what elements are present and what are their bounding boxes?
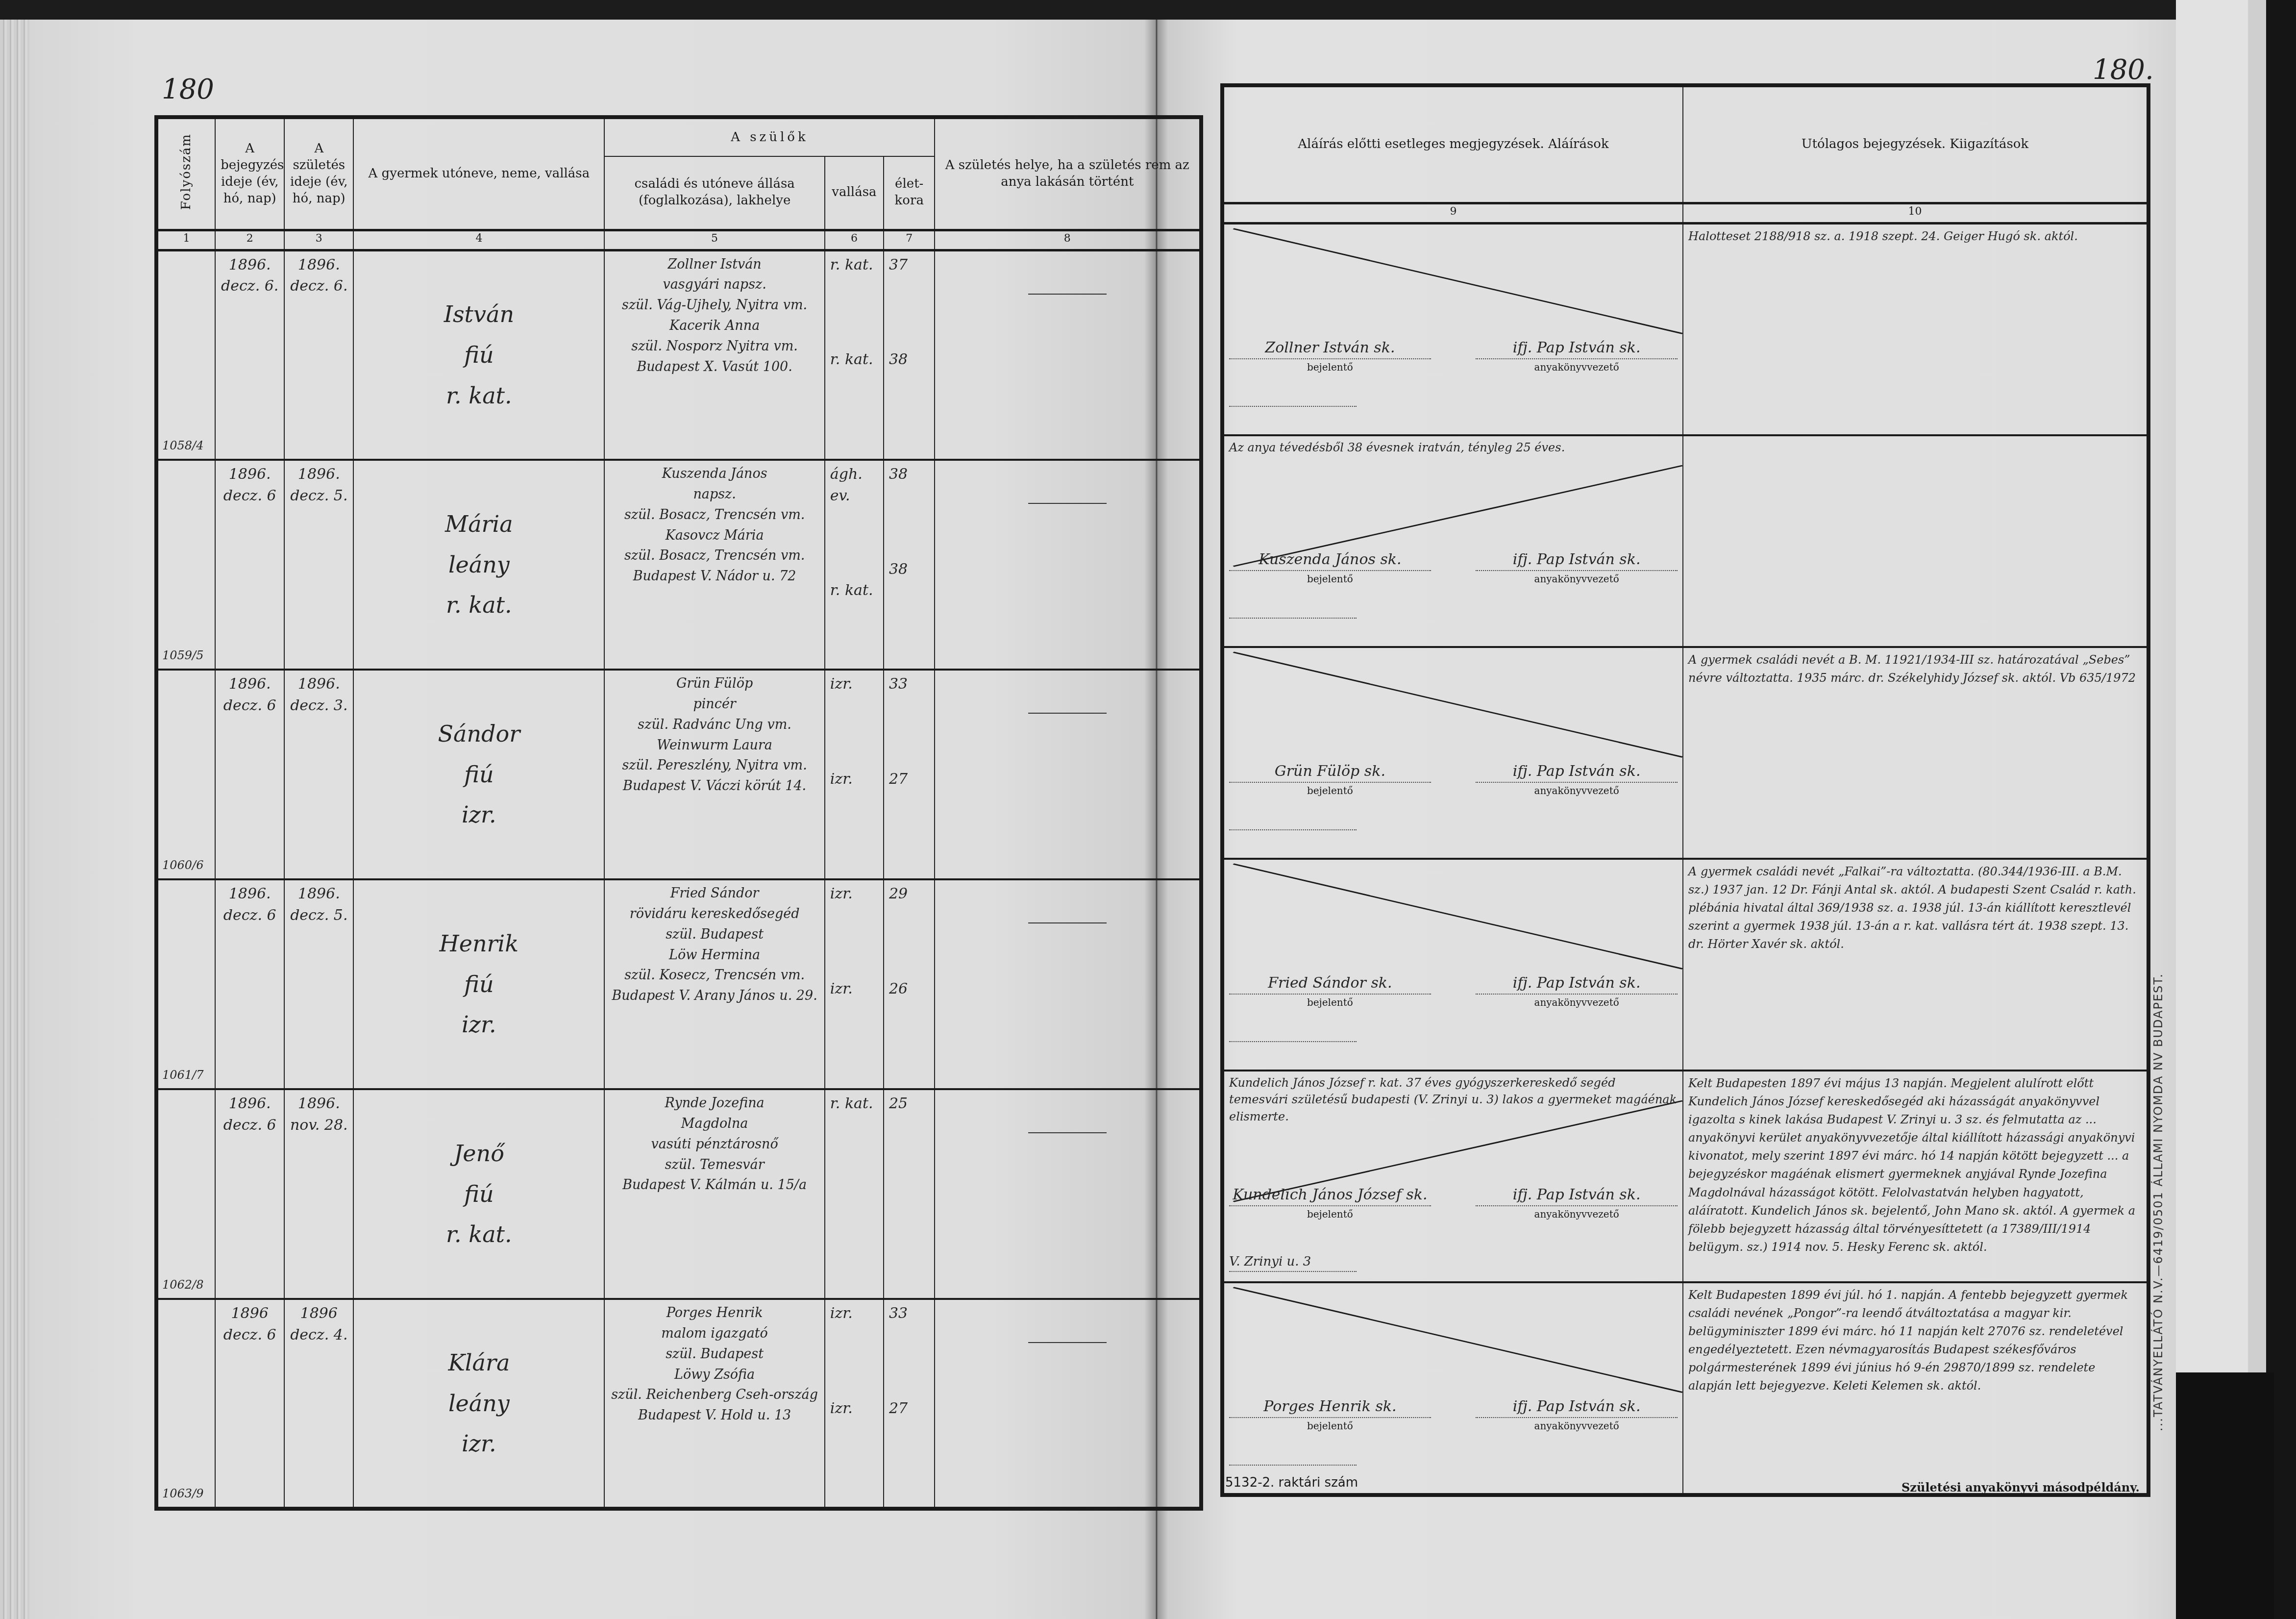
table-row: 1059/51896. decz. 61896. decz. 5.Máriale… bbox=[156, 460, 1201, 670]
table-row: 1063/91896 decz. 61896 decz. 4.Kláraleán… bbox=[156, 1299, 1201, 1509]
parent-age: 33 bbox=[889, 673, 930, 695]
later-entries: Kelt Budapesten 1899 évi júl. hó 1. napj… bbox=[1683, 1282, 2148, 1495]
child-line: fiú bbox=[359, 335, 599, 375]
parent-religion: r. kat. bbox=[830, 580, 878, 601]
parents-cell: Zollner Istvánvasgyári napsz.szül. Vág-U… bbox=[604, 250, 824, 460]
strike-through-line bbox=[1224, 648, 1682, 858]
parent-line: Grün Fülöp bbox=[610, 673, 819, 694]
signature-area: Az anya tévedésből 38 évesnek iratván, t… bbox=[1224, 436, 1682, 646]
parent-line: Löw Hermina bbox=[610, 945, 819, 966]
column-numbers-row-right: 910 bbox=[1222, 203, 2148, 223]
parent-religion: izr. bbox=[830, 1398, 878, 1420]
child-cell: Jenőfiúr. kat. bbox=[353, 1089, 604, 1299]
parent-line: Kasovcz Mária bbox=[610, 525, 819, 546]
register-type-label: Születési anyakönyvi másodpéldány. bbox=[1901, 1480, 2140, 1494]
signature-row: Kundelich János József sk.bejelentőifj. … bbox=[1229, 1184, 1678, 1220]
serial-cell: 1058/4 bbox=[156, 250, 215, 460]
parent-line: Weinwurm Laura bbox=[610, 735, 819, 756]
registrar-label: anyakönyvvezető bbox=[1476, 573, 1678, 585]
later-entries: A gyermek családi nevét a B. M. 11921/19… bbox=[1683, 647, 2148, 859]
parent-line: szül. Nosporz Nyitra vm. bbox=[610, 336, 819, 357]
registrar-signature: ifj. Pap István sk. bbox=[1476, 337, 1678, 360]
serial-cell: 1059/5 bbox=[156, 460, 215, 670]
registrar-signature: ifj. Pap István sk. bbox=[1476, 761, 1678, 783]
serial-cell: 1061/7 bbox=[156, 879, 215, 1089]
declarant-signature: Porges Henrik sk. bbox=[1229, 1396, 1431, 1419]
birth-date: 1896. decz. 6. bbox=[284, 250, 353, 460]
table-row: 1060/61896. decz. 61896. decz. 3.Sándorf… bbox=[156, 670, 1201, 879]
child-line: izr. bbox=[359, 1004, 599, 1045]
parent-line: pincér bbox=[610, 694, 819, 715]
parent-line: szül. Budapest bbox=[610, 1344, 819, 1365]
header-later-entries: Utólagos bejegyzések. Kiigazítások bbox=[1683, 85, 2148, 203]
empty-dash bbox=[1028, 1342, 1107, 1343]
registration-date: 1896. decz. 6 bbox=[215, 460, 284, 670]
header-born: A születés ideje (év, hó, nap) bbox=[284, 117, 353, 230]
address-line bbox=[1229, 829, 1357, 830]
birth-date: 1896. nov. 28. bbox=[284, 1089, 353, 1299]
signature-row: Kuszenda János sk.bejelentőifj. Pap Istv… bbox=[1229, 549, 1678, 585]
header-religion: vallása bbox=[825, 156, 884, 230]
child-line: fiú bbox=[359, 964, 599, 1005]
signature-cell: Az anya tévedésből 38 évesnek iratván, t… bbox=[1222, 435, 1683, 647]
parent-line: Zollner István bbox=[610, 254, 819, 275]
header-parent-names: családi és utóneve állása (foglalkozása)… bbox=[604, 156, 824, 230]
parent-line: Budapest V. Nádor u. 72 bbox=[610, 566, 819, 587]
registrar-signature-block: ifj. Pap István sk.anyakönyvvezető bbox=[1476, 549, 1678, 585]
signature-cell: Zollner István sk.bejelentőifj. Pap Istv… bbox=[1222, 223, 1683, 435]
declarant-signature: Zollner István sk. bbox=[1229, 337, 1431, 360]
signature-cell: Grün Fülöp sk.bejelentőifj. Pap István s… bbox=[1222, 647, 1683, 859]
registrar-signature-block: ifj. Pap István sk.anyakönyvvezető bbox=[1476, 761, 1678, 797]
registrar-signature: ifj. Pap István sk. bbox=[1476, 1396, 1678, 1419]
declarant-signature-block: Porges Henrik sk.bejelentő bbox=[1229, 1396, 1431, 1432]
table-row: 1062/81896. decz. 61896. nov. 28.Jenőfiú… bbox=[156, 1089, 1201, 1299]
birth-date: 1896. decz. 5. bbox=[284, 460, 353, 670]
column-numbers-row: 12345678 bbox=[156, 230, 1201, 250]
parent-religion: izr. bbox=[830, 978, 878, 1000]
table-row: Porges Henrik sk.bejelentőifj. Pap Istvá… bbox=[1222, 1282, 2148, 1495]
declarant-signature-block: Kundelich János József sk.bejelentő bbox=[1229, 1184, 1431, 1220]
parent-line: Budapest V. Váczi körút 14. bbox=[610, 776, 819, 797]
registrar-label: anyakönyvvezető bbox=[1476, 785, 1678, 797]
registrar-signature: ifj. Pap István sk. bbox=[1476, 1184, 1678, 1207]
parent-religion: r. kat. bbox=[830, 254, 878, 276]
religion-cell: r. kat. bbox=[825, 1089, 884, 1299]
child-line: fiú bbox=[359, 754, 599, 795]
serial-number: 1059/5 bbox=[162, 647, 203, 665]
parent-age: 38 bbox=[889, 559, 930, 580]
column-number: 9 bbox=[1222, 203, 1683, 223]
child-line: leány bbox=[359, 1383, 599, 1424]
parents-cell: Rynde JozefinaMagdolnavasúti pénztárosnő… bbox=[604, 1089, 824, 1299]
left-page-number: 180 bbox=[162, 74, 214, 105]
parent-line: vasúti pénztárosnő bbox=[610, 1134, 819, 1155]
parent-age: 38 bbox=[889, 464, 930, 485]
registrar-signature-block: ifj. Pap István sk.anyakönyvvezető bbox=[1476, 1396, 1678, 1432]
declarant-label: bejelentő bbox=[1229, 996, 1431, 1008]
age-cell: 3327 bbox=[884, 1299, 935, 1509]
column-number: 7 bbox=[884, 230, 935, 250]
registrar-signature-block: ifj. Pap István sk.anyakönyvvezető bbox=[1476, 972, 1678, 1009]
parent-age: 38 bbox=[889, 349, 930, 371]
registration-date: 1896 decz. 6 bbox=[215, 1299, 284, 1509]
later-entries bbox=[1683, 435, 2148, 647]
parent-line: Löwy Zsófia bbox=[610, 1365, 819, 1385]
parents-cell: Fried Sándorrövidáru kereskedősegédszül.… bbox=[604, 879, 824, 1089]
header-birthplace: A születés helye, ha a születés rem az a… bbox=[935, 117, 1201, 230]
child-cell: Márialeányr. kat. bbox=[353, 460, 604, 670]
header-registered: A bejegyzés ideje (év, hó, nap) bbox=[215, 117, 284, 230]
signature-row: Porges Henrik sk.bejelentőifj. Pap Istvá… bbox=[1229, 1396, 1678, 1432]
signature-area: Grün Fülöp sk.bejelentőifj. Pap István s… bbox=[1224, 648, 1682, 858]
strike-through-line bbox=[1224, 860, 1682, 1070]
parent-age: 26 bbox=[889, 978, 930, 1000]
child-cell: Sándorfiúizr. bbox=[353, 670, 604, 879]
serial-number: 1061/7 bbox=[162, 1066, 203, 1084]
right-register-table: Aláírás előtti esetleges megjegyzések. A… bbox=[1220, 83, 2150, 1497]
religion-cell: r. kat.r. kat. bbox=[825, 250, 884, 460]
declarant-label: bejelentő bbox=[1229, 785, 1431, 797]
registration-date: 1896. decz. 6 bbox=[215, 670, 284, 879]
parent-age: 33 bbox=[889, 1303, 930, 1324]
child-line: István bbox=[359, 294, 599, 335]
declarant-signature: Kundelich János József sk. bbox=[1229, 1184, 1431, 1207]
religion-cell: ágh. ev.r. kat. bbox=[825, 460, 884, 670]
child-line: r. kat. bbox=[359, 585, 599, 625]
table-row: 1058/41896. decz. 6.1896. decz. 6.István… bbox=[156, 250, 1201, 460]
later-entries: Halotteset 2188/918 sz. a. 1918 szept. 2… bbox=[1683, 223, 2148, 435]
parent-line: Budapest V. Hold u. 13 bbox=[610, 1405, 819, 1426]
registrar-label: anyakönyvvezető bbox=[1476, 1208, 1678, 1220]
empty-dash bbox=[1028, 922, 1107, 923]
later-entries: A gyermek családi nevét „Falkai”-ra vált… bbox=[1683, 859, 2148, 1071]
table-row: Az anya tévedésből 38 évesnek iratván, t… bbox=[1222, 435, 2148, 647]
parent-religion: izr. bbox=[830, 883, 878, 905]
child-line: Jenő bbox=[359, 1133, 599, 1174]
child-line: r. kat. bbox=[359, 375, 599, 416]
address-line bbox=[1229, 406, 1357, 407]
strike-through-line bbox=[1224, 224, 1682, 434]
serial-cell: 1060/6 bbox=[156, 670, 215, 879]
declarant-signature-block: Fried Sándor sk.bejelentő bbox=[1229, 972, 1431, 1009]
parent-line: Kuszenda János bbox=[610, 464, 819, 484]
header-serial: Folyószám bbox=[156, 117, 215, 230]
age-cell: 3738 bbox=[884, 250, 935, 460]
birth-date: 1896. decz. 3. bbox=[284, 670, 353, 879]
parent-line: rövidáru kereskedősegéd bbox=[610, 904, 819, 924]
declarant-signature-block: Grün Fülöp sk.bejelentő bbox=[1229, 761, 1431, 797]
birthplace-cell bbox=[935, 1089, 1201, 1299]
parent-line: szül. Temesvár bbox=[610, 1155, 819, 1175]
table-row: Fried Sándor sk.bejelentőifj. Pap István… bbox=[1222, 859, 2148, 1071]
table-row: Zollner István sk.bejelentőifj. Pap Istv… bbox=[1222, 223, 2148, 435]
registrar-signature-block: ifj. Pap István sk.anyakönyvvezető bbox=[1476, 1184, 1678, 1220]
inventory-number: 5132-2. raktári szám bbox=[1225, 1475, 1358, 1490]
signature-cell: Kundelich János József r. kat. 37 éves g… bbox=[1222, 1071, 1683, 1282]
right-page-number: 180. bbox=[2093, 54, 2154, 86]
child-line: Klára bbox=[359, 1343, 599, 1383]
parents-cell: Porges Henrikmalom igazgatószül. Budapes… bbox=[604, 1299, 824, 1509]
serial-cell: 1062/8 bbox=[156, 1089, 215, 1299]
declarant-label: bejelentő bbox=[1229, 1208, 1431, 1220]
age-cell: 25 bbox=[884, 1089, 935, 1299]
table-row: 1061/71896. decz. 61896. decz. 5.Henrikf… bbox=[156, 879, 1201, 1089]
child-line: Mária bbox=[359, 504, 599, 545]
signature-area: Kundelich János József r. kat. 37 éves g… bbox=[1224, 1071, 1682, 1281]
serial-number: 1062/8 bbox=[162, 1276, 203, 1294]
child-line: r. kat. bbox=[359, 1214, 599, 1255]
registrar-label: anyakönyvvezető bbox=[1476, 361, 1678, 373]
serial-number: 1058/4 bbox=[162, 437, 203, 455]
parent-religion: izr. bbox=[830, 1303, 878, 1324]
age-cell: 3327 bbox=[884, 670, 935, 879]
parent-line: malom igazgató bbox=[610, 1323, 819, 1344]
registrar-label: anyakönyvvezető bbox=[1476, 996, 1678, 1008]
child-line: fiú bbox=[359, 1174, 599, 1215]
address-line bbox=[1229, 1041, 1357, 1042]
printer-mark: ...TATVÁNYELLÁTÓ N.V.—6419/0501 ÁLLAMI N… bbox=[2151, 973, 2165, 1431]
registrar-label: anyakönyvvezető bbox=[1476, 1420, 1678, 1432]
child-cell: Istvánfiúr. kat. bbox=[353, 250, 604, 460]
parent-line: szül. Budapest bbox=[610, 924, 819, 945]
religion-cell: izr.izr. bbox=[825, 879, 884, 1089]
parent-line: Magdolna bbox=[610, 1114, 819, 1134]
parent-age: 25 bbox=[889, 1093, 930, 1115]
child-cell: Henrikfiúizr. bbox=[353, 879, 604, 1089]
strike-through-line bbox=[1224, 436, 1682, 646]
column-number: 10 bbox=[1683, 203, 2148, 223]
declarant-label: bejelentő bbox=[1229, 1420, 1431, 1432]
parent-religion: r. kat. bbox=[830, 1093, 878, 1115]
declarant-signature: Fried Sándor sk. bbox=[1229, 972, 1431, 995]
empty-dash bbox=[1028, 503, 1107, 504]
parent-line: szül. Bosacz, Trencsén vm. bbox=[610, 505, 819, 525]
registrar-signature: ifj. Pap István sk. bbox=[1476, 972, 1678, 995]
parent-line: Kacerik Anna bbox=[610, 316, 819, 336]
child-line: izr. bbox=[359, 1423, 599, 1464]
registrar-signature-block: ifj. Pap István sk.anyakönyvvezető bbox=[1476, 337, 1678, 374]
parent-line: szül. Bosacz, Trencsén vm. bbox=[610, 546, 819, 566]
parent-line: Rynde Jozefina bbox=[610, 1093, 819, 1114]
parent-line: szül. Radvánc Ung vm. bbox=[610, 715, 819, 735]
signature-row: Grün Fülöp sk.bejelentőifj. Pap István s… bbox=[1229, 761, 1678, 797]
address-line: V. Zrinyi u. 3 bbox=[1229, 1253, 1357, 1272]
strike-through-line bbox=[1224, 1283, 1682, 1493]
header-signatures: Aláírás előtti esetleges megjegyzések. A… bbox=[1222, 85, 1683, 203]
religion-cell: izr.izr. bbox=[825, 1299, 884, 1509]
header-parents-group: A szülők bbox=[604, 117, 935, 156]
signature-area: Porges Henrik sk.bejelentőifj. Pap Istvá… bbox=[1224, 1283, 1682, 1493]
header-age: élet-kora bbox=[884, 156, 935, 230]
column-number: 1 bbox=[156, 230, 215, 250]
later-entries: Kelt Budapesten 1897 évi május 13 napján… bbox=[1683, 1071, 2148, 1282]
book-cover bbox=[2176, 1372, 2274, 1619]
parent-line: Fried Sándor bbox=[610, 883, 819, 904]
column-number: 6 bbox=[825, 230, 884, 250]
signature-row: Zollner István sk.bejelentőifj. Pap Istv… bbox=[1229, 337, 1678, 374]
empty-dash bbox=[1028, 713, 1107, 714]
birthplace-cell bbox=[935, 250, 1201, 460]
parent-line: vasgyári napsz. bbox=[610, 274, 819, 295]
declarant-signature-block: Zollner István sk.bejelentő bbox=[1229, 337, 1431, 374]
parent-religion: r. kat. bbox=[830, 349, 878, 371]
parent-line: szül. Reichenberg Cseh-ország bbox=[610, 1385, 819, 1405]
pre-signature-note: Az anya tévedésből 38 évesnek iratván, t… bbox=[1229, 439, 1678, 456]
registration-date: 1896. decz. 6 bbox=[215, 879, 284, 1089]
serial-number: 1063/9 bbox=[162, 1485, 203, 1503]
parent-line: szül. Pereszlény, Nyitra vm. bbox=[610, 755, 819, 776]
parent-age: 37 bbox=[889, 254, 930, 276]
parent-age: 27 bbox=[889, 769, 930, 790]
age-cell: 2926 bbox=[884, 879, 935, 1089]
column-number: 8 bbox=[935, 230, 1201, 250]
parents-cell: Kuszenda Jánosnapsz.szül. Bosacz, Trencs… bbox=[604, 460, 824, 670]
parent-line: Budapest V. Arany János u. 29. bbox=[610, 986, 819, 1006]
parent-religion: izr. bbox=[830, 673, 878, 695]
birthplace-cell bbox=[935, 879, 1201, 1089]
column-number: 4 bbox=[353, 230, 604, 250]
parent-line: szül. Vág-Ujhely, Nyitra vm. bbox=[610, 295, 819, 316]
age-cell: 3838 bbox=[884, 460, 935, 670]
declarant-label: bejelentő bbox=[1229, 361, 1431, 373]
birth-date: 1896. decz. 5. bbox=[284, 879, 353, 1089]
signature-area: Zollner István sk.bejelentőifj. Pap Istv… bbox=[1224, 224, 1682, 434]
address-line bbox=[1229, 1465, 1357, 1466]
child-line: leány bbox=[359, 545, 599, 585]
column-number: 2 bbox=[215, 230, 284, 250]
parent-line: szül. Kosecz, Trencsén vm. bbox=[610, 965, 819, 986]
header-child: A gyermek utóneve, neme, vallása bbox=[353, 117, 604, 230]
address-line bbox=[1229, 618, 1357, 619]
declarant-signature-block: Kuszenda János sk.bejelentő bbox=[1229, 549, 1431, 585]
declarant-label: bejelentő bbox=[1229, 573, 1431, 585]
registration-date: 1896. decz. 6. bbox=[215, 250, 284, 460]
signature-cell: Fried Sándor sk.bejelentőifj. Pap István… bbox=[1222, 859, 1683, 1071]
child-line: Sándor bbox=[359, 714, 599, 754]
religion-cell: izr.izr. bbox=[825, 670, 884, 879]
birthplace-cell bbox=[935, 1299, 1201, 1509]
column-number: 5 bbox=[604, 230, 824, 250]
serial-number: 1060/6 bbox=[162, 856, 203, 874]
parent-line: Budapest X. Vasút 100. bbox=[610, 357, 819, 377]
table-row: Kundelich János József r. kat. 37 éves g… bbox=[1222, 1071, 2148, 1282]
birthplace-cell bbox=[935, 460, 1201, 670]
registrar-signature: ifj. Pap István sk. bbox=[1476, 549, 1678, 572]
child-line: izr. bbox=[359, 795, 599, 835]
pre-signature-note: Kundelich János József r. kat. 37 éves g… bbox=[1229, 1074, 1678, 1125]
signature-cell: Porges Henrik sk.bejelentőifj. Pap Istvá… bbox=[1222, 1282, 1683, 1495]
empty-dash bbox=[1028, 1132, 1107, 1133]
registration-date: 1896. decz. 6 bbox=[215, 1089, 284, 1299]
parent-age: 29 bbox=[889, 883, 930, 905]
table-row: Grün Fülöp sk.bejelentőifj. Pap István s… bbox=[1222, 647, 2148, 859]
parent-line: Budapest V. Kálmán u. 15/a bbox=[610, 1175, 819, 1196]
page-edges-right bbox=[2176, 0, 2296, 1619]
signature-area: Fried Sándor sk.bejelentőifj. Pap István… bbox=[1224, 860, 1682, 1070]
declarant-signature: Grün Fülöp sk. bbox=[1229, 761, 1431, 783]
parents-cell: Grün Fülöppincérszül. Radvánc Ung vm.Wei… bbox=[604, 670, 824, 879]
book-scan: 180 180. Folyószám A bejegyzés ideje (év… bbox=[0, 0, 2296, 1619]
declarant-signature: Kuszenda János sk. bbox=[1229, 549, 1431, 572]
parent-religion: ágh. ev. bbox=[830, 464, 878, 506]
parent-line: napsz. bbox=[610, 484, 819, 505]
serial-cell: 1063/9 bbox=[156, 1299, 215, 1509]
left-register-table: Folyószám A bejegyzés ideje (év, hó, nap… bbox=[154, 115, 1203, 1511]
birth-date: 1896 decz. 4. bbox=[284, 1299, 353, 1509]
empty-dash bbox=[1028, 294, 1107, 295]
birthplace-cell bbox=[935, 670, 1201, 879]
parent-line: Porges Henrik bbox=[610, 1303, 819, 1323]
column-number: 3 bbox=[284, 230, 353, 250]
parent-religion: izr. bbox=[830, 769, 878, 790]
parent-age: 27 bbox=[889, 1398, 930, 1420]
signature-row: Fried Sándor sk.bejelentőifj. Pap István… bbox=[1229, 972, 1678, 1009]
child-cell: Kláraleányizr. bbox=[353, 1299, 604, 1509]
child-line: Henrik bbox=[359, 923, 599, 964]
